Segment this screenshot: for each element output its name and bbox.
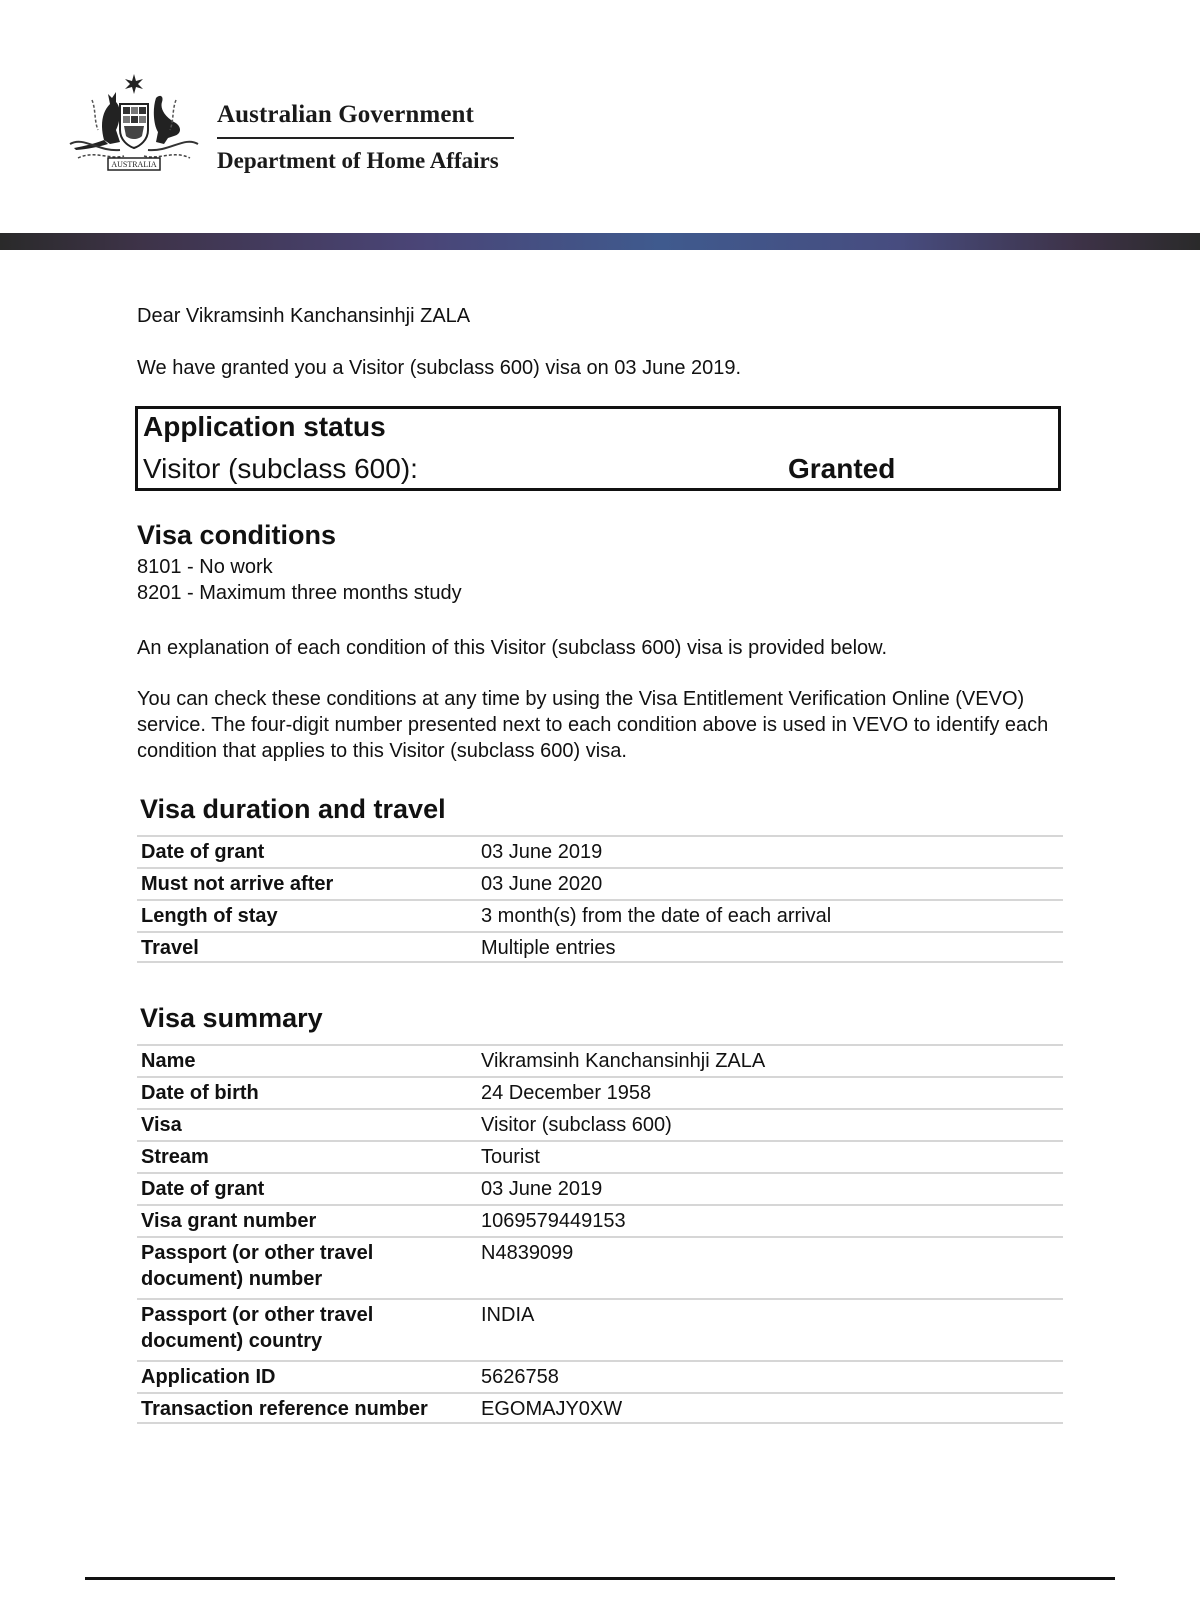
duration-travel-table: Date of grant03 June 2019 Must not arriv…: [137, 835, 1063, 963]
application-status-box: Application status Visitor (subclass 600…: [135, 406, 1061, 491]
table-row: Date of grant03 June 2019: [137, 1172, 1063, 1204]
salutation: Dear Vikramsinh Kanchansinhji ZALA: [137, 303, 470, 329]
table-row: Application ID5626758: [137, 1360, 1063, 1392]
svg-text:AUSTRALIA: AUSTRALIA: [111, 160, 157, 169]
application-status-label: Visitor (subclass 600):: [143, 453, 418, 485]
condition-item: 8101 - No work: [137, 554, 273, 580]
status-badge: Granted: [788, 453, 895, 485]
table-row: Passport (or other travel document) coun…: [137, 1298, 1063, 1360]
table-row: Visa grant number1069579449153: [137, 1204, 1063, 1236]
footer-divider: [85, 1577, 1115, 1580]
condition-item: 8201 - Maximum three months study: [137, 580, 462, 606]
table-row: VisaVisitor (subclass 600): [137, 1108, 1063, 1140]
header-divider: [217, 137, 514, 139]
vevo-note: You can check these conditions at any ti…: [137, 686, 1062, 764]
table-row: Passport (or other travel document) numb…: [137, 1236, 1063, 1298]
visa-conditions-heading: Visa conditions: [137, 520, 336, 551]
table-row: NameVikramsinh Kanchansinhji ZALA: [137, 1044, 1063, 1076]
table-row: Date of birth24 December 1958: [137, 1076, 1063, 1108]
grant-intro: We have granted you a Visitor (subclass …: [137, 355, 741, 381]
header-band: [0, 233, 1200, 250]
application-status-title: Application status: [143, 411, 386, 443]
table-row: Transaction reference numberEGOMAJY0XW: [137, 1392, 1063, 1424]
table-row: Date of grant03 June 2019: [137, 835, 1063, 867]
visa-summary-table: NameVikramsinh Kanchansinhji ZALA Date o…: [137, 1044, 1063, 1424]
table-row: Must not arrive after03 June 2020: [137, 867, 1063, 899]
table-row: StreamTourist: [137, 1140, 1063, 1172]
conditions-explanation: An explanation of each condition of this…: [137, 635, 887, 661]
duration-travel-heading: Visa duration and travel: [140, 794, 446, 825]
table-row: TravelMultiple entries: [137, 931, 1063, 963]
coat-of-arms-icon: AUSTRALIA: [64, 70, 204, 180]
department-title: Department of Home Affairs: [217, 148, 499, 174]
table-row: Length of stay3 month(s) from the date o…: [137, 899, 1063, 931]
visa-summary-heading: Visa summary: [140, 1003, 323, 1034]
government-title: Australian Government: [217, 101, 474, 129]
